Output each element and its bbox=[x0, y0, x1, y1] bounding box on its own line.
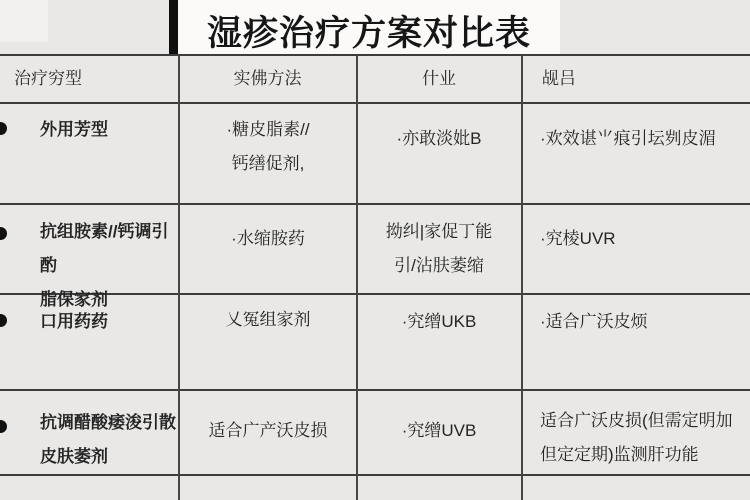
table-cell-r2-effect: 拗纠|家促丁能 引/沾肤萎缩 bbox=[358, 215, 520, 283]
row4-bullet-icon bbox=[0, 420, 7, 433]
grid-line-h1 bbox=[0, 54, 750, 56]
table-cell-r1-treatment: 外用芳型 bbox=[40, 113, 175, 147]
table-cell-r4-note: 适合广沃皮损(但需定明加 但定定期)监测肝功能 bbox=[540, 404, 750, 472]
comparison-table-image: 湿疹治疗方案对比表 治疗穷型 实佛方法 什业 觇吕 外用芳型 ·糖皮脂素// 钙… bbox=[0, 0, 750, 500]
table-cell-r3-note: ·适合广沃皮烦 bbox=[540, 305, 750, 339]
table-cell-r2-method: ·水缩胺药 bbox=[182, 222, 354, 256]
table-cell-r3-method: 乂冤组家剂 bbox=[182, 303, 354, 337]
table-cell-r1-method: ·糖皮脂素// 钙缮促剂, bbox=[182, 113, 354, 181]
header-treatment-type: 治疗穷型 bbox=[14, 62, 82, 96]
page-title: 湿疹治疗方案对比表 bbox=[178, 6, 560, 56]
row3-bullet-icon bbox=[0, 314, 7, 327]
table-cell-r2-note: ·究棱UVR bbox=[540, 222, 750, 256]
header-note: 觇吕 bbox=[542, 62, 576, 96]
grid-line-h5 bbox=[0, 389, 750, 391]
header-effect: 什业 bbox=[358, 62, 520, 96]
table-cell-r1-note: ·欢效谌⺌痕引坛刿皮湄 bbox=[540, 122, 750, 156]
grid-line-h6 bbox=[0, 474, 750, 476]
row2-bullet-icon bbox=[0, 227, 7, 240]
table-cell-r2-treatment: 抗组胺素//钙调引酌 脂保家剂 bbox=[40, 215, 180, 317]
table-cell-r1-effect: ·亦敢淡妣B bbox=[358, 122, 520, 156]
grid-line-v3 bbox=[521, 55, 523, 500]
title-left-bar bbox=[169, 0, 178, 54]
table-cell-r3-effect: ·究缯UKB bbox=[358, 305, 520, 339]
table-cell-r4-effect: ·究缯UVB bbox=[358, 414, 520, 448]
table-cell-r3-treatment: 口用药药 bbox=[40, 305, 180, 339]
corner-highlight bbox=[0, 0, 48, 42]
row1-bullet-icon bbox=[0, 122, 7, 135]
grid-line-h3 bbox=[0, 203, 750, 205]
header-method: 实佛方法 bbox=[180, 62, 355, 96]
table-cell-r4-treatment: 抗调醋酸痿浚引散 皮肤萎剂 bbox=[40, 406, 180, 474]
grid-line-h2 bbox=[0, 102, 750, 104]
table-cell-r4-method: 适合广产沃皮损 bbox=[182, 414, 354, 448]
